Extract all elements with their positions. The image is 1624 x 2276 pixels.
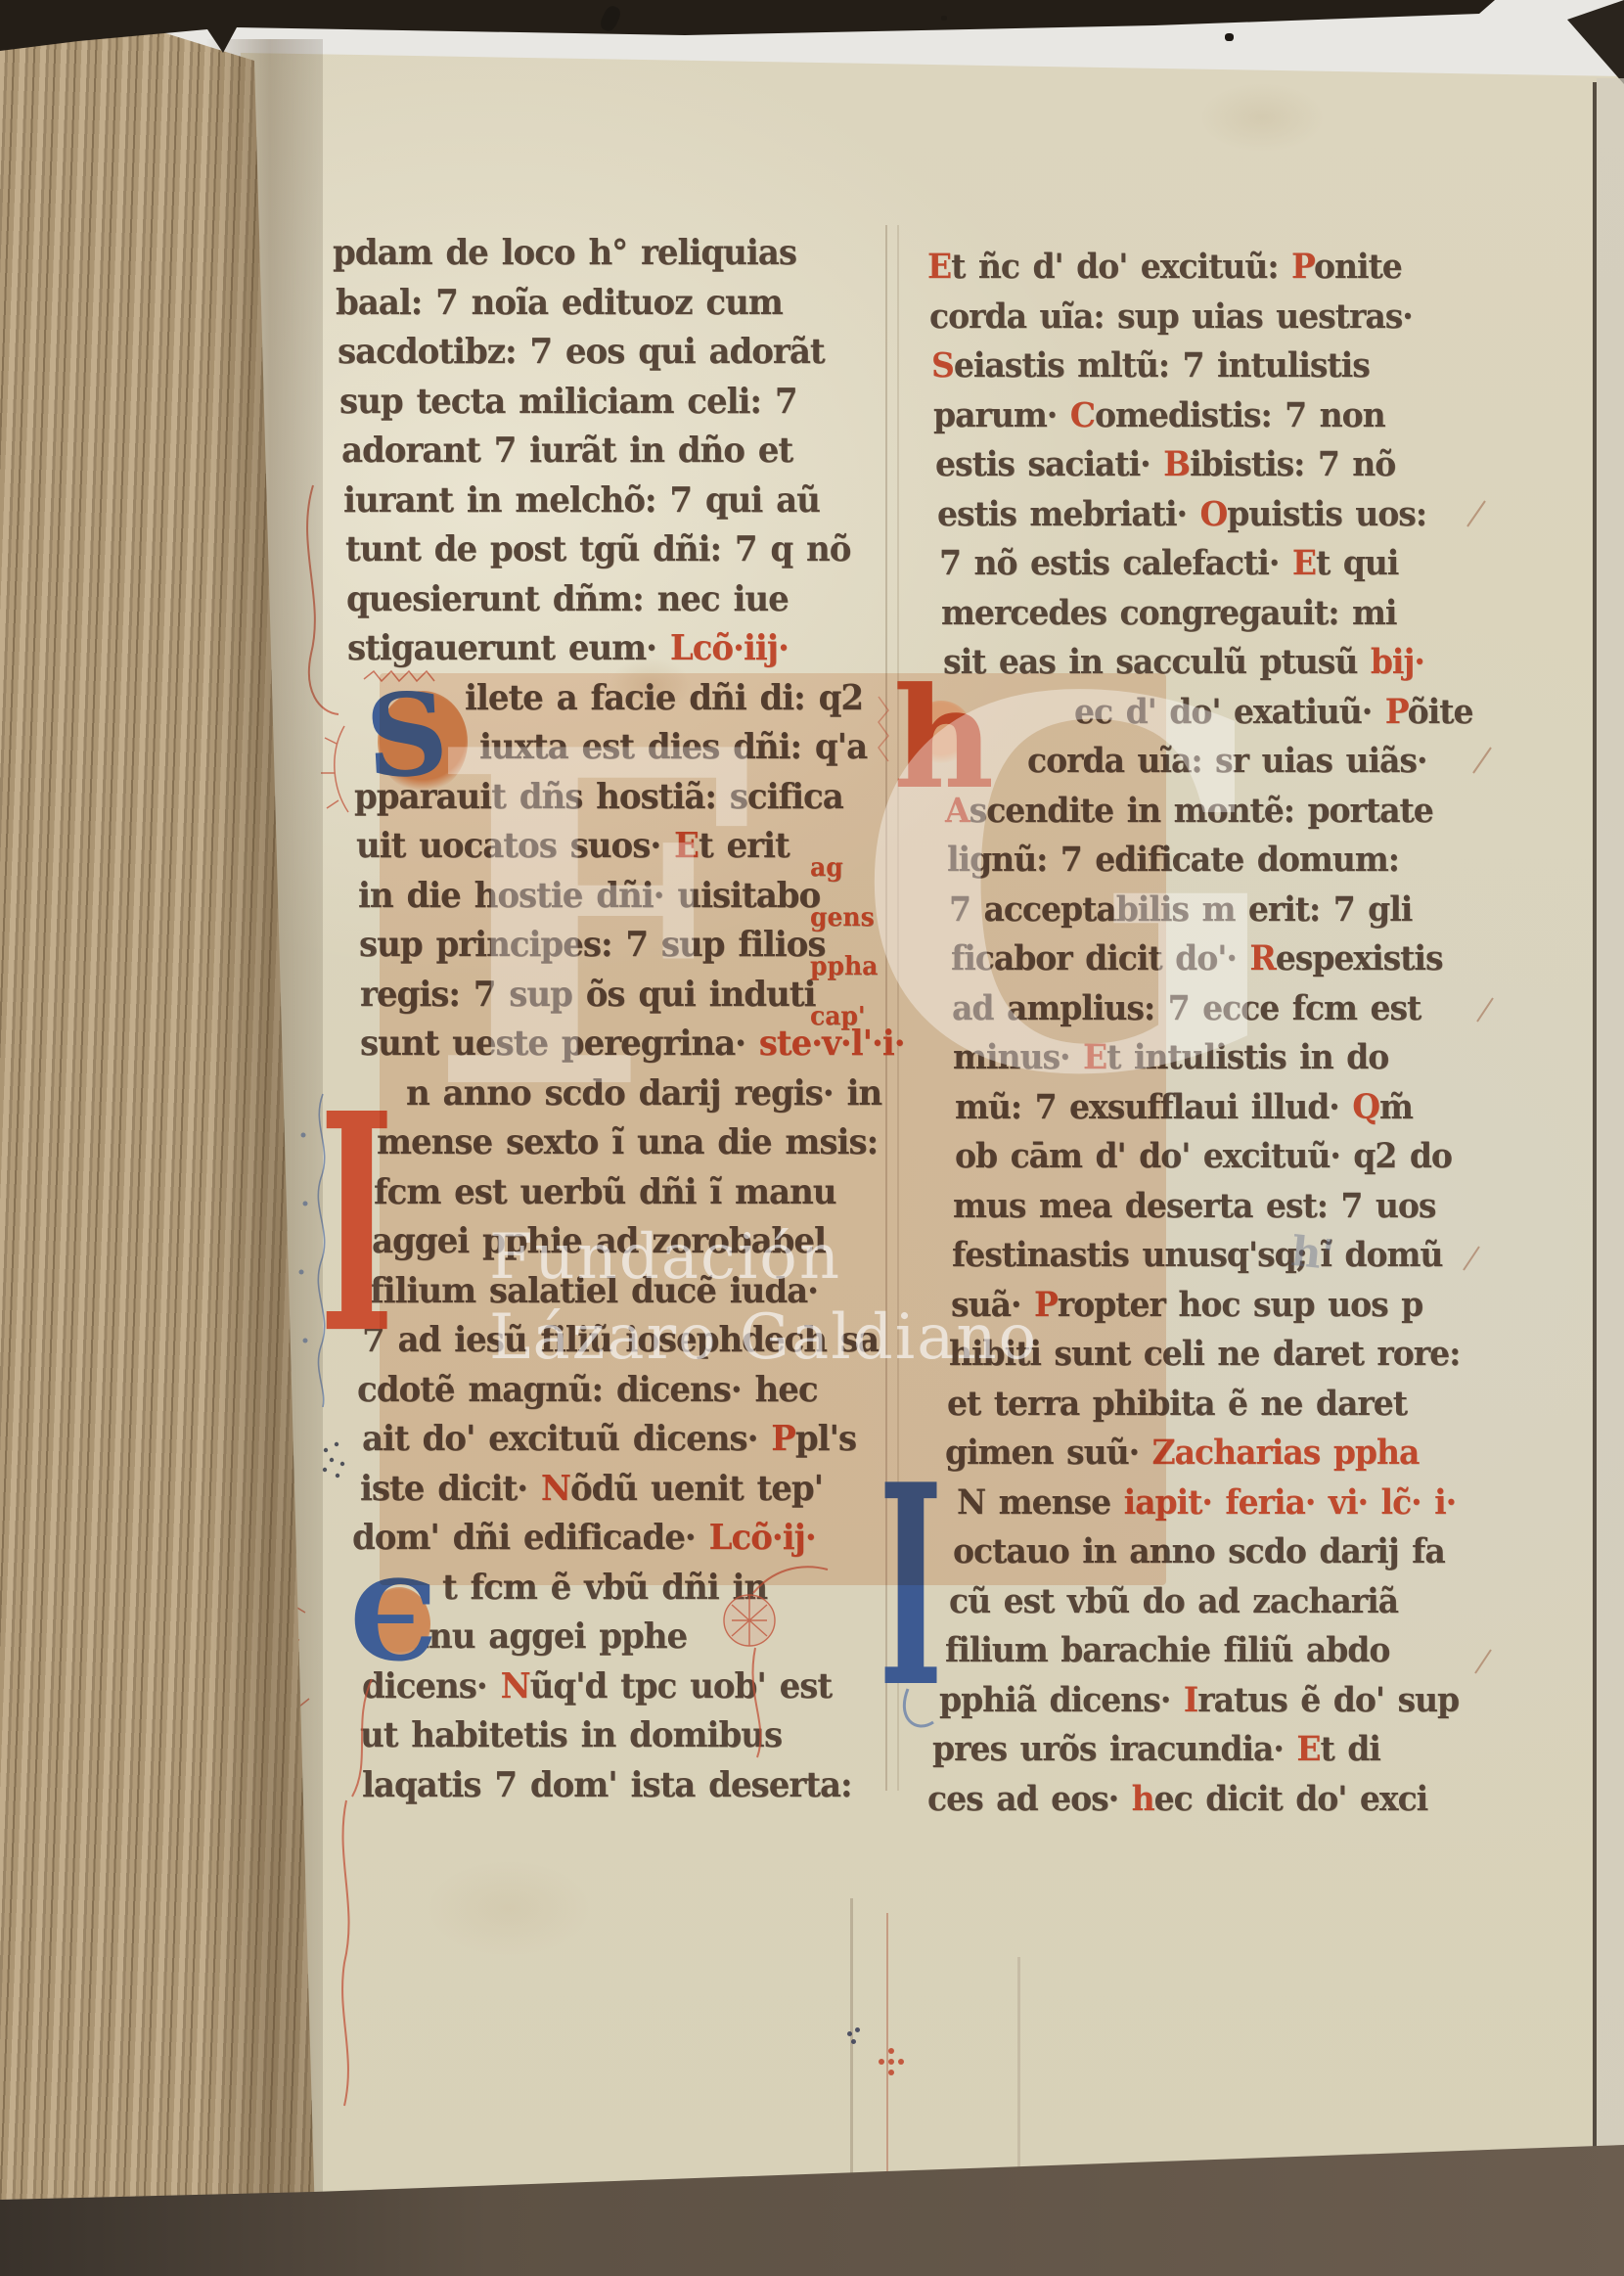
text-line: filium barachie filiũ abdo bbox=[945, 1630, 1389, 1670]
rubric-segment: Zacharias ppha bbox=[1152, 1433, 1420, 1473]
text-line: pres urõs iracundia· Et di bbox=[932, 1729, 1380, 1769]
text-segment: õite bbox=[1408, 692, 1473, 732]
rubric-segment: S bbox=[931, 345, 954, 386]
text-segment: filium barachie filiũ abdo bbox=[945, 1630, 1389, 1670]
text-line: adorant 7 iurãt in dño et bbox=[341, 431, 792, 472]
text-segment: ratus ẽ do' sup bbox=[1197, 1680, 1459, 1720]
rubric-segment: E bbox=[927, 247, 951, 287]
text-line: pphiã dicens· Iratus ẽ do' sup bbox=[939, 1680, 1459, 1720]
text-segment: ces ad eos· bbox=[927, 1779, 1132, 1819]
text-segment: corda uĩa: sup uias uestras· bbox=[929, 296, 1413, 337]
text-segment: estis mebriati· bbox=[937, 494, 1199, 534]
text-line: ces ad eos· hec dicit do' exci bbox=[927, 1779, 1427, 1819]
text-segment: 7 nõ estis calefacti· bbox=[939, 543, 1292, 583]
text-line: Et ñc d' do' excituũ: Ponite bbox=[927, 247, 1402, 287]
text-line: quesierunt dñm: nec iue bbox=[346, 579, 789, 620]
dust-speck bbox=[941, 16, 947, 21]
text-segment: eiastis mltũ: 7 intulistis bbox=[954, 345, 1370, 386]
rubric-segment: R bbox=[1249, 938, 1275, 979]
text-segment: stigauerunt eum· bbox=[347, 628, 670, 669]
rubric-segment: B bbox=[1163, 444, 1190, 484]
text-line: parum· Comedistis: 7 non bbox=[933, 395, 1385, 435]
text-segment: estis saciati· bbox=[935, 444, 1163, 484]
text-segment: t ñc d' do' excituũ: bbox=[951, 247, 1291, 287]
text-segment: ec dicit do' exci bbox=[1154, 1779, 1428, 1819]
text-segment: ũq'd tpc uob' est bbox=[530, 1666, 832, 1707]
text-segment: espexistis bbox=[1276, 938, 1443, 979]
text-segment: pdam de loco h° reliquias bbox=[333, 233, 796, 274]
text-segment: omedistis: 7 non bbox=[1095, 395, 1385, 435]
text-line: estis saciati· Bibistis: 7 nõ bbox=[935, 444, 1395, 484]
text-line: sup tecta miliciam celi: 7 bbox=[339, 382, 796, 423]
rubric-segment: Lcõ·iij· bbox=[670, 628, 789, 669]
watermark-tint bbox=[380, 673, 1166, 1585]
text-line: corda uĩa: sup uias uestras· bbox=[929, 296, 1413, 337]
text-line: Seiastis mltũ: 7 intulistis bbox=[931, 345, 1370, 386]
text-line: mercedes congregauit: mi bbox=[941, 593, 1396, 633]
text-segment: cũ est vbũ do ad zachariã bbox=[949, 1581, 1398, 1621]
rubric-segment: I bbox=[1184, 1680, 1197, 1720]
text-segment: onite bbox=[1314, 247, 1402, 287]
text-segment: parum· bbox=[933, 395, 1070, 435]
manuscript-photo: pdam de loco h° reliquiasbaal: 7 noĩa ed… bbox=[0, 0, 1624, 2276]
next-page-edge bbox=[1597, 78, 1624, 2149]
text-segment: ibistis: 7 nõ bbox=[1190, 444, 1395, 484]
text-line: tunt de post tgũ dñi: 7 q nõ bbox=[345, 529, 850, 570]
trefoil-dot-mark bbox=[847, 2031, 852, 2036]
text-segment: tunt de post tgũ dñi: 7 q nõ bbox=[345, 529, 850, 570]
text-segment: pphiã dicens· bbox=[939, 1680, 1184, 1720]
text-segment: sup tecta miliciam celi: 7 bbox=[339, 382, 796, 423]
page-edges-shadow bbox=[205, 39, 323, 2202]
text-line: pdam de loco h° reliquias bbox=[333, 233, 796, 274]
text-segment: adorant 7 iurãt in dño et bbox=[341, 431, 792, 472]
page-right-edge-line bbox=[1593, 82, 1597, 2149]
text-segment: laqatis 7 dom' ista deserta: bbox=[362, 1765, 852, 1806]
text-segment: t di bbox=[1321, 1729, 1380, 1769]
text-segment: baal: 7 noĩa edituoz cum bbox=[336, 283, 783, 324]
text-segment: mercedes congregauit: mi bbox=[941, 593, 1396, 633]
rubric-segment: E bbox=[1296, 1729, 1320, 1769]
rubric-segment: bij· bbox=[1371, 642, 1424, 682]
rubric-segment: E bbox=[1292, 543, 1316, 583]
text-segment: m̃ bbox=[1379, 1087, 1413, 1127]
red-cross-mark bbox=[888, 2059, 894, 2065]
rubric-segment: h bbox=[1132, 1779, 1154, 1819]
text-line: stigauerunt eum· Lcõ·iij· bbox=[347, 628, 789, 669]
binding-corner bbox=[1561, 0, 1624, 84]
text-line: 7 nõ estis calefacti· Et qui bbox=[939, 543, 1398, 583]
text-segment: t qui bbox=[1316, 543, 1398, 583]
rubric-segment: P bbox=[1291, 247, 1314, 287]
text-segment: puistis uos: bbox=[1227, 494, 1426, 534]
rubric-segment: O bbox=[1199, 494, 1227, 534]
watermark-line2: Lázaro Galdiano bbox=[489, 1297, 1038, 1378]
text-line: ut habitetis in domibus bbox=[360, 1715, 782, 1756]
text-segment: ut habitetis in domibus bbox=[360, 1715, 782, 1756]
text-line: sacdotibz: 7 eos qui adorãt bbox=[338, 332, 825, 373]
marginal-note: h' bbox=[1289, 1227, 1336, 1279]
text-line: baal: 7 noĩa edituoz cum bbox=[336, 283, 783, 324]
rubric-segment: C bbox=[1070, 395, 1095, 435]
watermark-text: Fundación Lázaro Galdiano bbox=[489, 1217, 1038, 1378]
text-segment: sacdotibz: 7 eos qui adorãt bbox=[338, 332, 825, 373]
rubric-segment: P bbox=[1385, 692, 1408, 732]
rubric-segment: N bbox=[501, 1666, 530, 1707]
text-line: iurant in melchõ: 7 qui aũ bbox=[343, 480, 820, 522]
rubric-segment: iapit· feria· vi· lc̃· i· bbox=[1124, 1482, 1457, 1523]
text-segment: pres urõs iracundia· bbox=[932, 1729, 1296, 1769]
text-line: cũ est vbũ do ad zachariã bbox=[949, 1581, 1398, 1621]
watermark-line1: Fundación bbox=[489, 1217, 1038, 1297]
text-line: estis mebriati· Opuistis uos: bbox=[937, 494, 1426, 534]
dust-speck bbox=[1225, 33, 1234, 41]
text-segment: iurant in melchõ: 7 qui aũ bbox=[343, 480, 820, 522]
text-line: laqatis 7 dom' ista deserta: bbox=[362, 1765, 852, 1806]
text-segment: quesierunt dñm: nec iue bbox=[346, 579, 789, 620]
rubric-segment: Q bbox=[1352, 1087, 1379, 1127]
